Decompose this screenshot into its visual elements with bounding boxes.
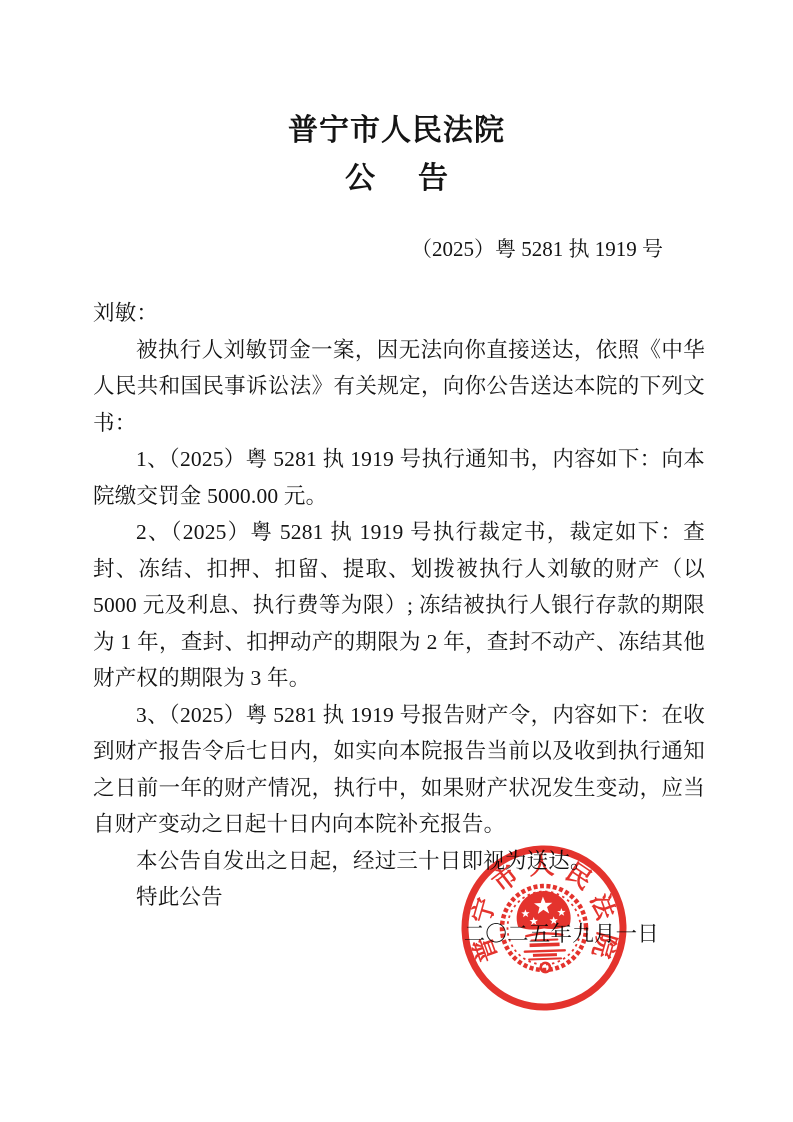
paragraph-item-3: 3、（2025）粤 5281 执 1919 号报告财产令，内容如下：在收到财产报… (93, 697, 705, 843)
doc-title-char: 公 (345, 162, 375, 195)
recipient-line: 刘敏： (93, 295, 705, 332)
court-announcement-page: 普宁市人民法院 公告 （2025）粤 5281 执 1919 号 刘敏： 被执行… (0, 0, 793, 1122)
gear-icon (541, 963, 551, 973)
national-emblem-icon (501, 885, 588, 974)
court-name-title: 普宁市人民法院 (0, 112, 793, 150)
paragraph-intro: 被执行人刘敏罚金一案，因无法向你直接送达，依照《中华人民共和国民事诉讼法》有关规… (93, 332, 705, 442)
official-seal-graphic: 普 宁 市 人 民 法 院 (455, 839, 633, 1017)
tiananmen-gate (524, 933, 565, 960)
case-number: （2025）粤 5281 执 1919 号 (411, 236, 663, 262)
paragraph-item-1: 1、（2025）粤 5281 执 1919 号执行通知书，内容如下：向本院缴交罚… (93, 441, 705, 514)
paragraph-item-2: 2、（2025）粤 5281 执 1919 号执行裁定书，裁定如下：查封、冻结、… (93, 514, 705, 697)
official-seal: 普 宁 市 人 民 法 院 (455, 839, 633, 1017)
doc-title-char: 告 (418, 162, 448, 195)
seal-text-char: 人 (529, 852, 555, 881)
document-title: 公告 (0, 160, 793, 198)
document-header: 普宁市人民法院 公告 (0, 112, 793, 198)
